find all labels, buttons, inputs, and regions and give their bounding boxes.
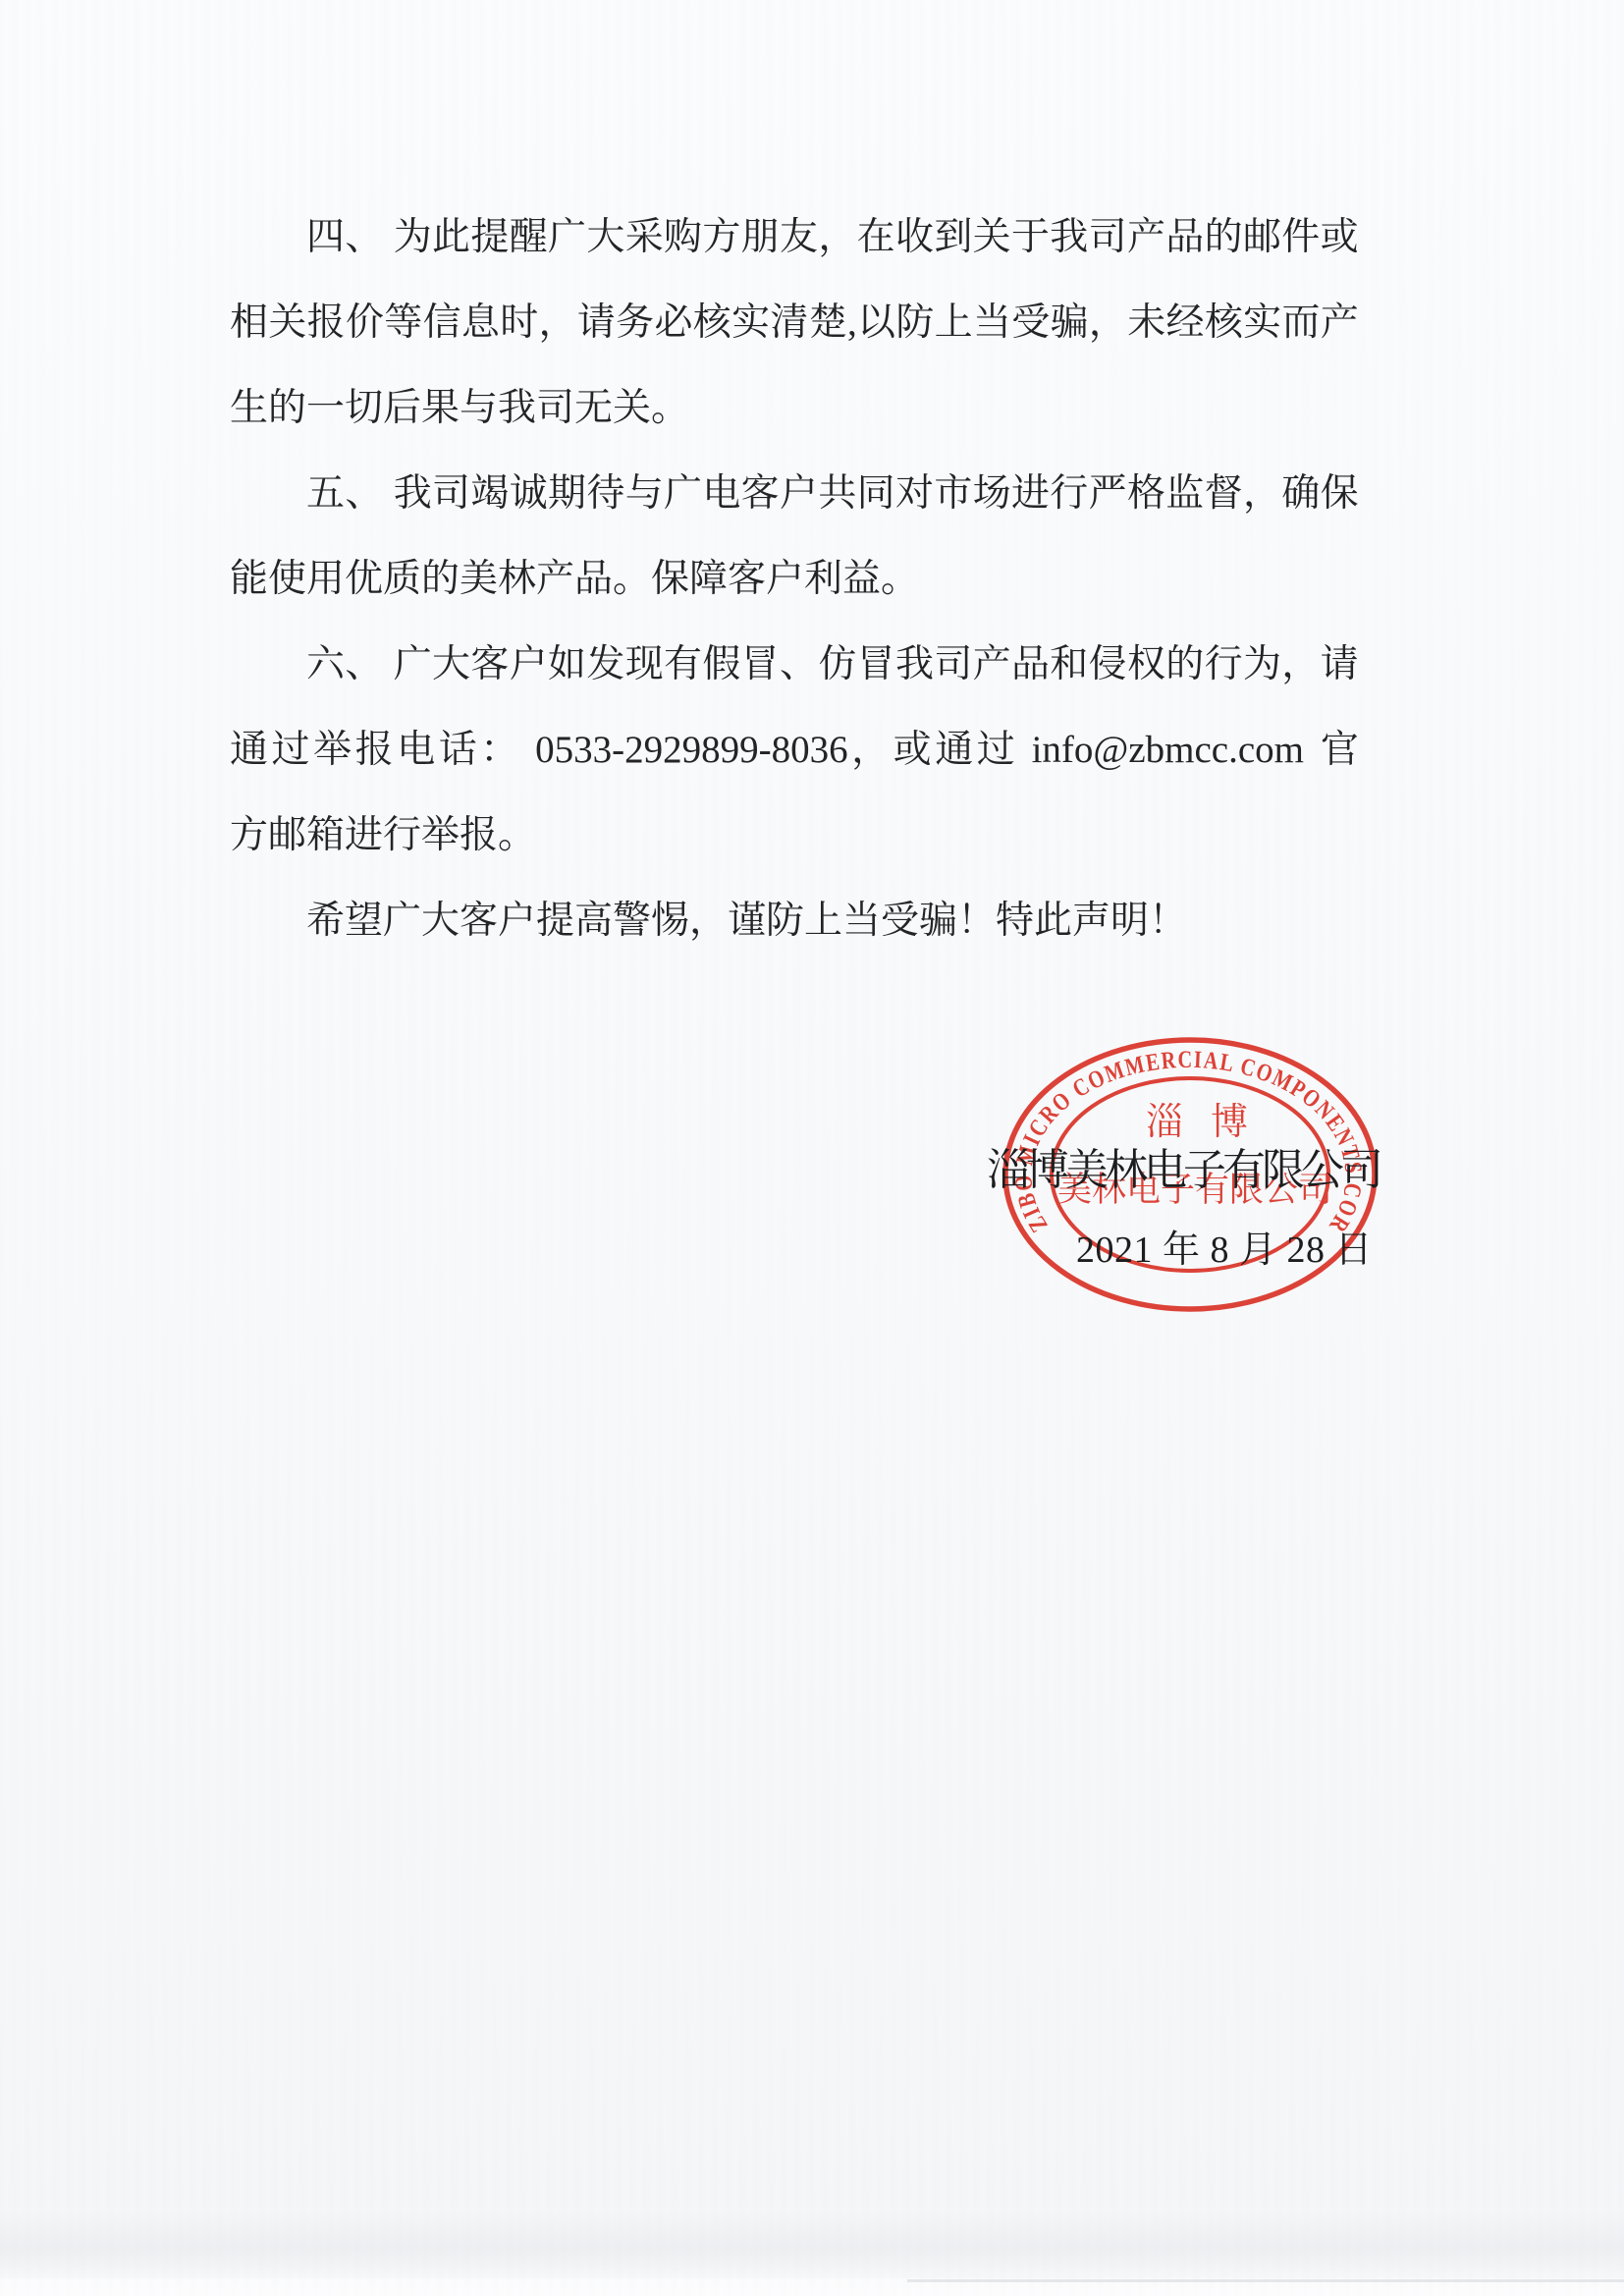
text-line: 六、 广大客户如发现有假冒、仿冒我司产品和侵权的行为，请 [230, 622, 1359, 707]
text-line: 能使用优质的美林产品。保障客户利益。 [230, 536, 1359, 622]
text-line: 希望广大客户提高警惕，谨防上当受骗！特此声明！ [230, 878, 1359, 963]
seal-city-text: 淄博 [1146, 1102, 1275, 1143]
signature-date: 2021 年 8 月 28 日 [1076, 1230, 1373, 1273]
text-line: 通过举报电话： 0533-2929899-8036，或通过 info@zbmcc… [230, 707, 1359, 793]
text-line: 相关报价等信息时，请务必核实清楚,以防上当受骗，未经核实而产 [230, 280, 1359, 365]
text-line: 方邮箱进行举报。 [230, 793, 1359, 878]
company-signature: 淄博美林电子有限公司 [987, 1147, 1380, 1194]
declaration-body: 四、 为此提醒广大采购方朋友，在收到关于我司产品的邮件或相关报价等信息时，请务必… [230, 194, 1359, 963]
text-line: 五、 我司竭诚期待与广电客户共同对市场进行严格监督，确保 [230, 451, 1359, 536]
document-page: 四、 为此提醒广大采购方朋友，在收到关于我司产品的邮件或相关报价等信息时，请务必… [0, 0, 1624, 2296]
text-line: 四、 为此提醒广大采购方朋友，在收到关于我司产品的邮件或 [230, 194, 1359, 280]
scan-edge-line [907, 2279, 1624, 2282]
scan-bottom-band [0, 2210, 1624, 2278]
text-line: 生的一切后果与我司无关。 [230, 365, 1359, 451]
